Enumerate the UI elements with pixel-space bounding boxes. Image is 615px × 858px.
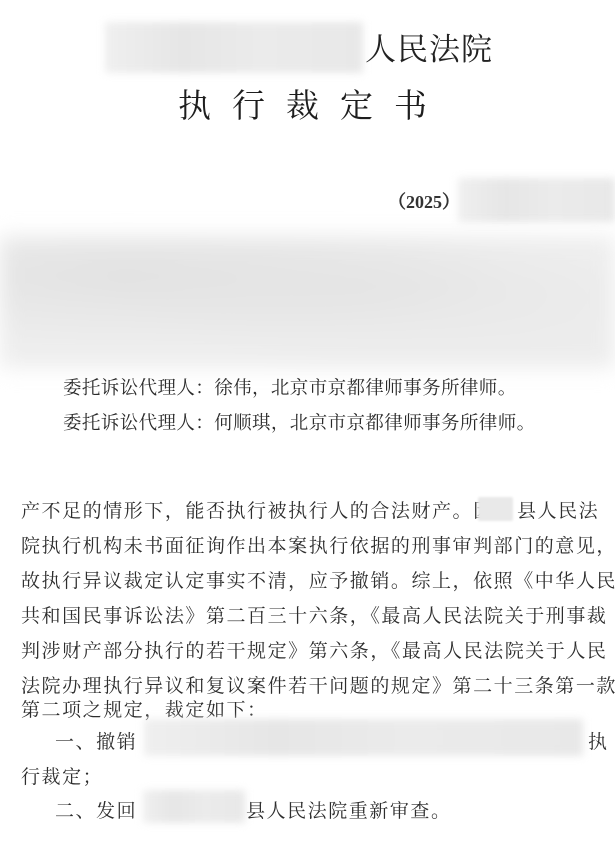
redacted-county-2 (143, 790, 245, 823)
redacted-party-info (0, 236, 615, 368)
court-name-suffix: 人民法院 (365, 24, 493, 69)
body-line-7: 第二项之规定，裁定如下： (21, 695, 268, 722)
ruling-1-continuation: 行裁定； (21, 762, 103, 789)
body-line-3: 故执行异议裁定认定事实不清，应予撤销。综上，依照《中华人民 (21, 566, 615, 593)
body-line-6: 法院办理执行异议和复议案件若干问题的规定》第二十三条第一款 (21, 671, 615, 698)
agent-line-2: 委托诉讼代理人：何顺琪，北京市京都律师事务所律师。 (63, 409, 536, 435)
body-line-1-before: 产不足的情形下，能否执行被执行人的合法财产。因 (21, 500, 494, 522)
ruling-1-prefix: 一、撤销 (55, 727, 137, 754)
agent-line-1: 委托诉讼代理人：徐伟，北京市京都律师事务所律师。 (63, 374, 517, 400)
case-number-year: （2025） (388, 188, 460, 214)
body-line-5: 判涉财产部分执行的若干规定》第六条，《最高人民法院关于人民 (21, 636, 607, 663)
redacted-county-1 (478, 497, 513, 521)
body-line-2: 院执行机构未书面征询作出本案执行依据的刑事审判部门的意见， (21, 531, 615, 558)
ruling-2-prefix: 二、发回 (55, 796, 137, 823)
body-line-4: 共和国民事诉讼法》第二百三十六条，《最高人民法院关于刑事裁 (21, 601, 607, 628)
body-line-1: 产不足的情形下，能否执行被执行人的合法财产。因 (21, 496, 494, 523)
redacted-revoked-ruling (144, 719, 583, 756)
redacted-case-number (458, 178, 615, 222)
ruling-2-suffix: 县人民法院重新审查。 (246, 796, 452, 823)
ruling-1-suffix: 执 (588, 727, 609, 754)
redacted-court-name (105, 22, 363, 73)
document-title: 执行裁定书 (178, 80, 448, 127)
body-line-1-after: 县人民法 (517, 496, 599, 523)
